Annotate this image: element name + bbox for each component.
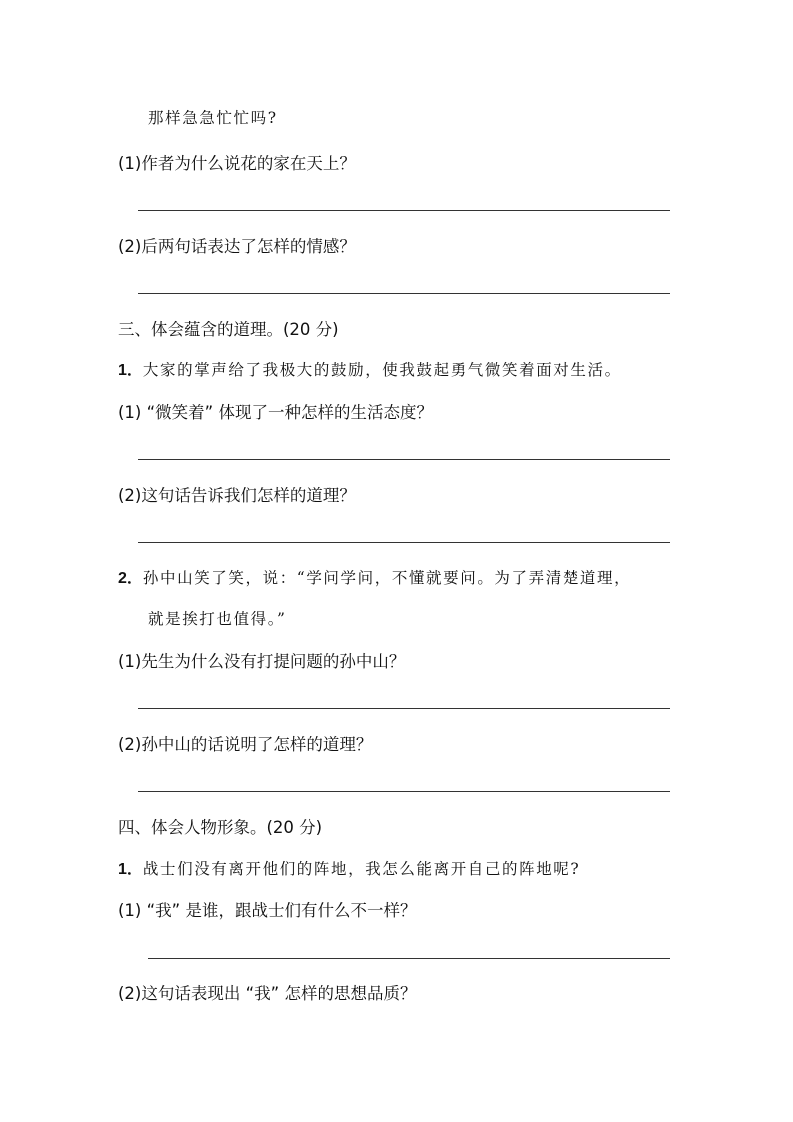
answer-line[interactable] <box>138 542 670 543</box>
section-3-item-2: 2．孙中山笑了笑，说：“学问学问，不懂就要问。为了弄清楚道理， <box>118 565 631 588</box>
item-number: 1． <box>118 362 143 379</box>
item-text: 孙中山笑了笑，说：“学问学问，不懂就要问。为了弄清楚道理， <box>143 569 631 587</box>
answer-line[interactable] <box>138 293 670 294</box>
section-3-heading: 三、体会蕴含的道理。(20 分) <box>118 316 339 340</box>
section-4-item-1: 1．战士们没有离开他们的阵地，我怎么能离开自己的阵地呢? <box>118 856 580 879</box>
question-3-2-1: (1)先生为什么没有打提问题的孙中山？ <box>118 648 405 672</box>
answer-line[interactable] <box>138 459 670 460</box>
answer-line[interactable] <box>138 791 670 792</box>
item-number: 2． <box>118 570 143 587</box>
item-text: 大家的掌声给了我极大的鼓励，使我鼓起勇气微笑着面对生活。 <box>143 361 622 379</box>
question-2-2: (2)后两句话表达了怎样的情感？ <box>118 233 356 257</box>
section-4-heading: 四、体会人物形象。(20 分) <box>118 814 322 838</box>
question-2-1: (1)作者为什么说花的家在天上？ <box>118 150 356 174</box>
item-text: 战士们没有离开他们的阵地，我怎么能离开自己的阵地呢? <box>143 860 580 878</box>
question-3-1-2: (2)这句话告诉我们怎样的道理？ <box>118 482 356 506</box>
answer-line[interactable] <box>138 210 670 211</box>
passage-continuation: 那样急急忙忙吗? <box>148 106 278 128</box>
question-3-2-2: (2)孙中山的话说明了怎样的道理？ <box>118 731 372 755</box>
question-4-1-1: (1) “我” 是谁，跟战士们有什么不一样？ <box>118 897 416 921</box>
item-number: 1． <box>118 861 143 878</box>
question-3-1-1: (1) “微笑着” 体现了一种怎样的生活态度？ <box>118 399 433 423</box>
question-4-1-2: (2)这句话表现出 “我” 怎样的思想品质？ <box>118 980 416 1004</box>
answer-line[interactable] <box>138 708 670 709</box>
section-3-item-1: 1．大家的掌声给了我极大的鼓励，使我鼓起勇气微笑着面对生活。 <box>118 357 622 380</box>
answer-line[interactable] <box>148 958 670 959</box>
section-3-item-2-cont: 就是挨打也值得。” <box>148 607 287 629</box>
